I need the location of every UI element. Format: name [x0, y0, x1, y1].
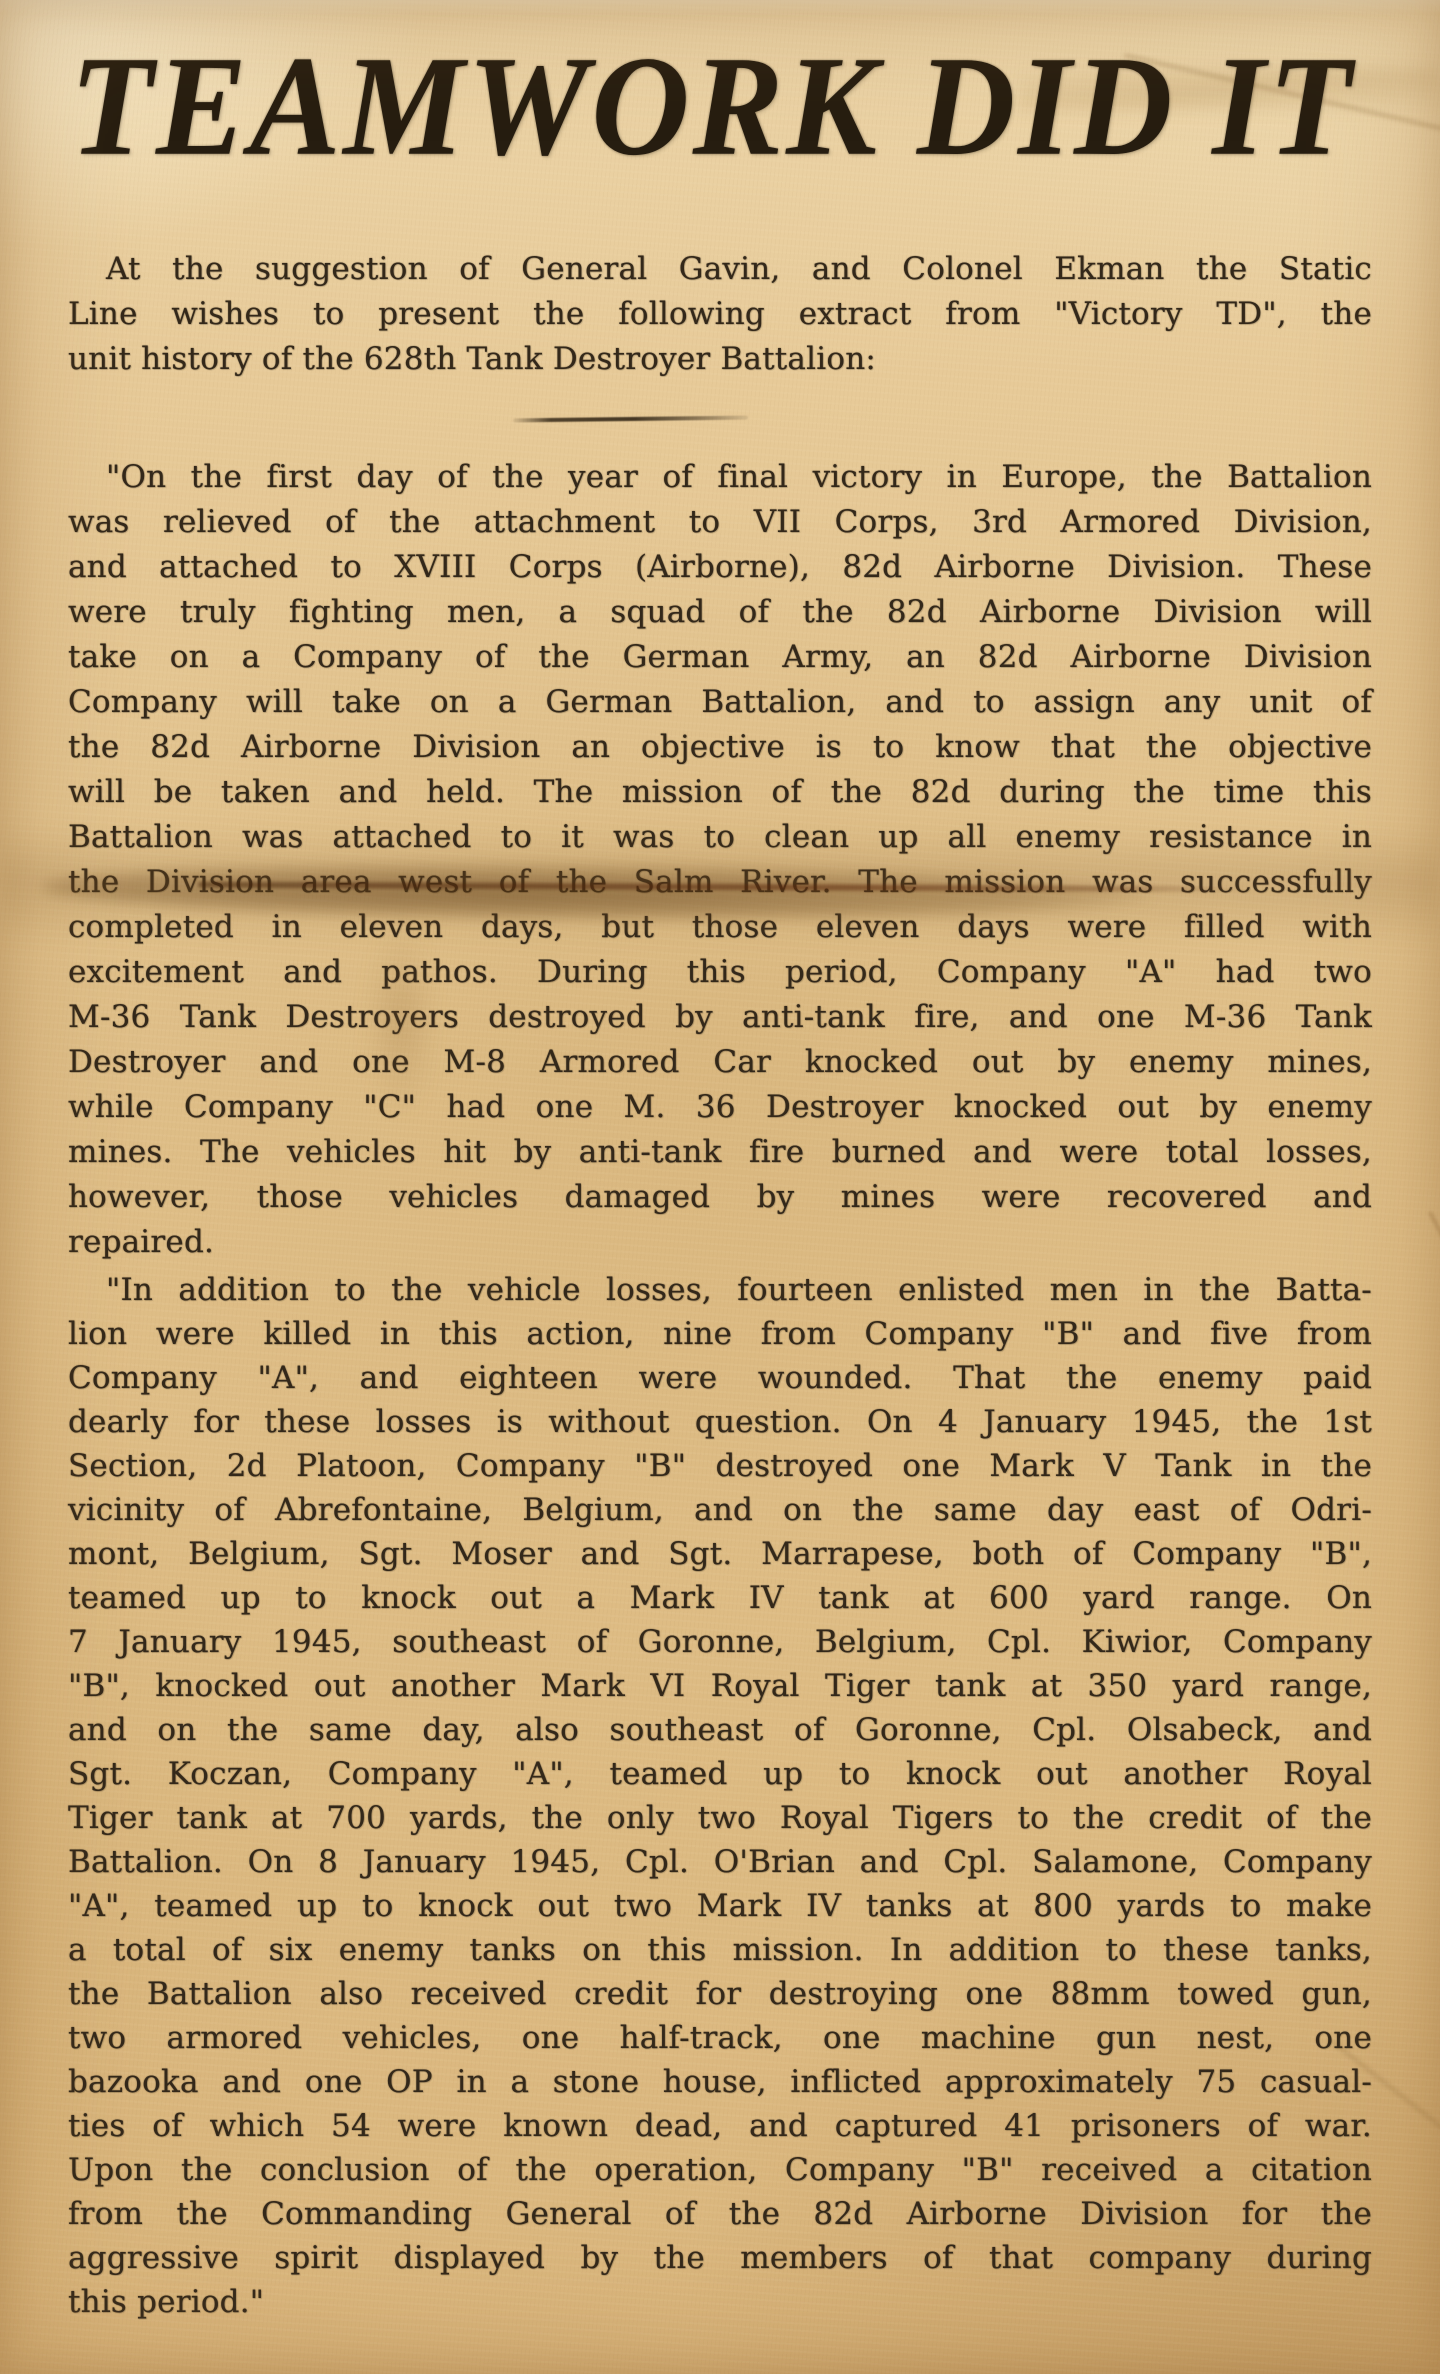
text-line: bazooka and one OP in a stone house, inf… [68, 2060, 1372, 2104]
text-line: completed in eleven days, but those elev… [68, 905, 1372, 950]
text-line: Company will take on a German Battalion,… [68, 680, 1372, 725]
extract-paragraph-1: "On the first day of the year of final v… [68, 455, 1372, 1265]
text-line: 7 January 1945, southeast of Goronne, Be… [68, 1620, 1372, 1664]
text-line: "B", knocked out another Mark VI Royal T… [68, 1664, 1372, 1708]
text-line: while Company "C" had one M. 36 Destroye… [68, 1085, 1372, 1130]
text-line: mines. The vehicles hit by anti-tank fir… [68, 1130, 1372, 1175]
text-line: "A", teamed up to knock out two Mark IV … [68, 1884, 1372, 1928]
text-line: Section, 2d Platoon, Company "B" destroy… [68, 1444, 1372, 1488]
crease-mark [1428, 1211, 1440, 1371]
text-line: the Battalion also received credit for d… [68, 1972, 1372, 2016]
text-line: take on a Company of the German Army, an… [68, 635, 1372, 680]
text-line: "On the first day of the year of final v… [68, 455, 1372, 500]
text-line: and on the same day, also southeast of G… [68, 1708, 1372, 1752]
text-line: dearly for these losses is without quest… [68, 1400, 1372, 1444]
text-line: from the Commanding General of the 82d A… [68, 2192, 1372, 2236]
text-line: however, those vehicles damaged by mines… [68, 1175, 1372, 1220]
text-line: Battalion was attached to it was to clea… [68, 815, 1372, 860]
headline: TEAMWORK DID IT [70, 34, 1354, 180]
text-line: Destroyer and one M-8 Armored Car knocke… [68, 1040, 1372, 1085]
text-line: Battalion. On 8 January 1945, Cpl. O'Bri… [68, 1840, 1372, 1884]
text-line: Sgt. Koczan, Company "A", teamed up to k… [68, 1752, 1372, 1796]
text-line: mont, Belgium, Sgt. Moser and Sgt. Marra… [68, 1532, 1372, 1576]
text-line: M-36 Tank Destroyers destroyed by anti-t… [68, 995, 1372, 1040]
text-line: Company "A", and eighteen were wounded. … [68, 1356, 1372, 1400]
text-line: two armored vehicles, one half-track, on… [68, 2016, 1372, 2060]
section-divider-rule [513, 416, 748, 423]
text-line: ties of which 54 were known dead, and ca… [68, 2104, 1372, 2148]
extract-paragraph-2: "In addition to the vehicle losses, four… [68, 1268, 1372, 2324]
text-line: this period." [68, 2280, 1372, 2324]
text-line: Upon the conclusion of the operation, Co… [68, 2148, 1372, 2192]
text-line: the Division area west of the Salm River… [68, 860, 1372, 905]
text-line: were truly fighting men, a squad of the … [68, 590, 1372, 635]
text-line: aggressive spirit displayed by the membe… [68, 2236, 1372, 2280]
text-line: will be taken and held. The mission of t… [68, 770, 1372, 815]
text-line: excitement and pathos. During this perio… [68, 950, 1372, 995]
text-line: was relieved of the attachment to VII Co… [68, 500, 1372, 545]
text-line: a total of six enemy tanks on this missi… [68, 1928, 1372, 1972]
text-line: lion were killed in this action, nine fr… [68, 1312, 1372, 1356]
text-line: vicinity of Abrefontaine, Belgium, and o… [68, 1488, 1372, 1532]
text-line: unit history of the 628th Tank Destroyer… [68, 337, 1372, 382]
scanned-newsletter-page: TEAMWORK DID IT At the suggestion of Gen… [0, 0, 1440, 2374]
worn-top-edge [0, 0, 1440, 14]
text-line: At the suggestion of General Gavin, and … [68, 247, 1372, 292]
intro-paragraph: At the suggestion of General Gavin, and … [68, 247, 1372, 382]
text-line: the 82d Airborne Division an objective i… [68, 725, 1372, 770]
text-line: "In addition to the vehicle losses, four… [68, 1268, 1372, 1312]
text-line: Line wishes to present the following ext… [68, 292, 1372, 337]
text-line: repaired. [68, 1220, 1372, 1265]
text-line: Tiger tank at 700 yards, the only two Ro… [68, 1796, 1372, 1840]
text-line: and attached to XVIII Corps (Airborne), … [68, 545, 1372, 590]
text-line: teamed up to knock out a Mark IV tank at… [68, 1576, 1372, 1620]
